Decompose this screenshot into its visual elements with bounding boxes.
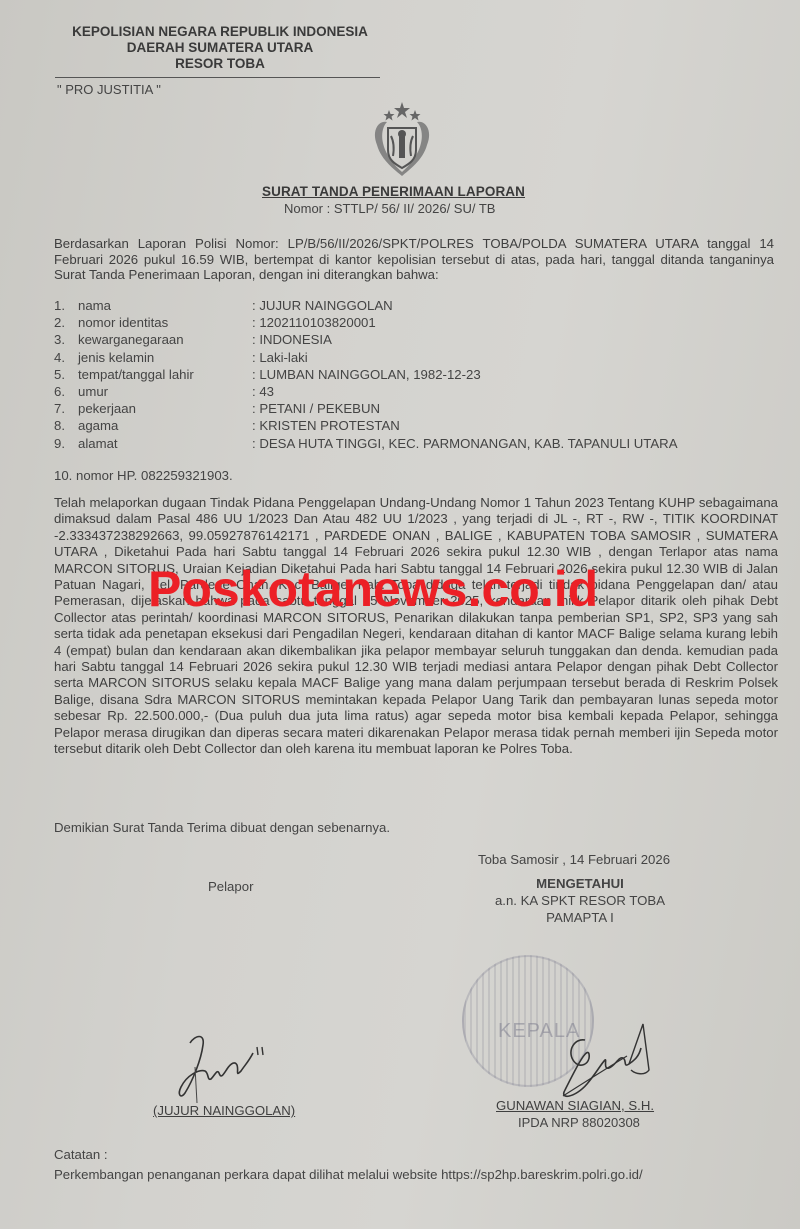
field-value: : JUJUR NAINGGOLAN	[252, 297, 393, 314]
field-value: : LUMBAN NAINGGOLAN, 1982-12-23	[252, 366, 481, 383]
field-label: alamat	[78, 435, 252, 452]
document-number: Nomor : STTLP/ 56/ II/ 2026/ SU/ TB	[284, 201, 495, 216]
letterhead-line-3: RESOR TOBA	[60, 56, 380, 72]
field-number: 7.	[54, 400, 78, 417]
field-value: : DESA HUTA TINGGI, KEC. PARMONANGAN, KA…	[252, 435, 678, 452]
identity-field-row: 9.alamat: DESA HUTA TINGGI, KEC. PARMONA…	[54, 435, 678, 452]
field-number: 9.	[54, 435, 78, 452]
identity-field-row: 3.kewarganegaraan: INDONESIA	[54, 331, 678, 348]
field-value: : INDONESIA	[252, 331, 332, 348]
police-emblem-icon	[357, 100, 447, 182]
identity-field-row: 5.tempat/tanggal lahir: LUMBAN NAINGGOLA…	[54, 366, 678, 383]
officer-signature-icon	[545, 1020, 655, 1105]
officer-title-1: a.n. KA SPKT RESOR TOBA	[480, 892, 680, 909]
note-label: Catatan :	[54, 1147, 108, 1162]
letterhead-line-1: KEPOLISIAN NEGARA REPUBLIK INDONESIA	[60, 24, 380, 40]
acknowledged-heading: MENGETAHUI	[480, 875, 680, 892]
field-value: : PETANI / PEKEBUN	[252, 400, 380, 417]
field-number: 3.	[54, 331, 78, 348]
officer-block: MENGETAHUI a.n. KA SPKT RESOR TOBA PAMAP…	[480, 875, 680, 926]
field-value: : 43	[252, 383, 274, 400]
field-label: agama	[78, 417, 252, 434]
letterhead-line-2: DAERAH SUMATERA UTARA	[60, 40, 380, 56]
watermark: Poskotanews.co.id	[148, 560, 598, 618]
closing-statement: Demikian Surat Tanda Terima dibuat denga…	[54, 820, 390, 835]
identity-field-row: 7.pekerjaan: PETANI / PEKEBUN	[54, 400, 678, 417]
field-value: : KRISTEN PROTESTAN	[252, 417, 400, 434]
phone-number-line: 10. nomor HP. 082259321903.	[54, 468, 233, 483]
pro-justitia: " PRO JUSTITIA "	[57, 82, 161, 97]
letterhead-divider	[55, 77, 380, 78]
field-number: 4.	[54, 349, 78, 366]
note-text: Perkembangan penanganan perkara dapat di…	[54, 1167, 643, 1182]
police-report-receipt: KEPOLISIAN NEGARA REPUBLIK INDONESIA DAE…	[0, 0, 800, 1229]
field-label: kewarganegaraan	[78, 331, 252, 348]
reporter-label: Pelapor	[208, 879, 253, 894]
identity-field-row: 6.umur: 43	[54, 383, 678, 400]
place-date: Toba Samosir , 14 Februari 2026	[478, 852, 670, 867]
field-label: nama	[78, 297, 252, 314]
letterhead: KEPOLISIAN NEGARA REPUBLIK INDONESIA DAE…	[60, 24, 380, 72]
reporter-identity-list: 1.nama: JUJUR NAINGGOLAN2.nomor identita…	[54, 297, 678, 452]
field-label: nomor identitas	[78, 314, 252, 331]
officer-rank-nrp: IPDA NRP 88020308	[518, 1115, 640, 1130]
identity-field-row: 4.jenis kelamin: Laki-laki	[54, 349, 678, 366]
identity-field-row: 2.nomor identitas: 1202110103820001	[54, 314, 678, 331]
reporter-name: (JUJUR NAINGGOLAN)	[153, 1103, 295, 1118]
field-number: 6.	[54, 383, 78, 400]
field-label: jenis kelamin	[78, 349, 252, 366]
document-title: SURAT TANDA PENERIMAAN LAPORAN	[262, 184, 525, 199]
field-number: 8.	[54, 417, 78, 434]
field-number: 2.	[54, 314, 78, 331]
officer-name: GUNAWAN SIAGIAN, S.H.	[496, 1098, 654, 1113]
field-label: umur	[78, 383, 252, 400]
field-value: : Laki-laki	[252, 349, 308, 366]
intro-paragraph: Berdasarkan Laporan Polisi Nomor: LP/B/5…	[54, 236, 774, 283]
field-label: pekerjaan	[78, 400, 252, 417]
field-number: 5.	[54, 366, 78, 383]
reporter-signature-icon	[165, 1025, 275, 1105]
identity-field-row: 1.nama: JUJUR NAINGGOLAN	[54, 297, 678, 314]
identity-field-row: 8.agama: KRISTEN PROTESTAN	[54, 417, 678, 434]
report-body-paragraph: Telah melaporkan dugaan Tindak Pidana Pe…	[54, 495, 778, 758]
field-label: tempat/tanggal lahir	[78, 366, 252, 383]
field-value: : 1202110103820001	[252, 314, 376, 331]
field-number: 1.	[54, 297, 78, 314]
officer-title-2: PAMAPTA I	[480, 909, 680, 926]
